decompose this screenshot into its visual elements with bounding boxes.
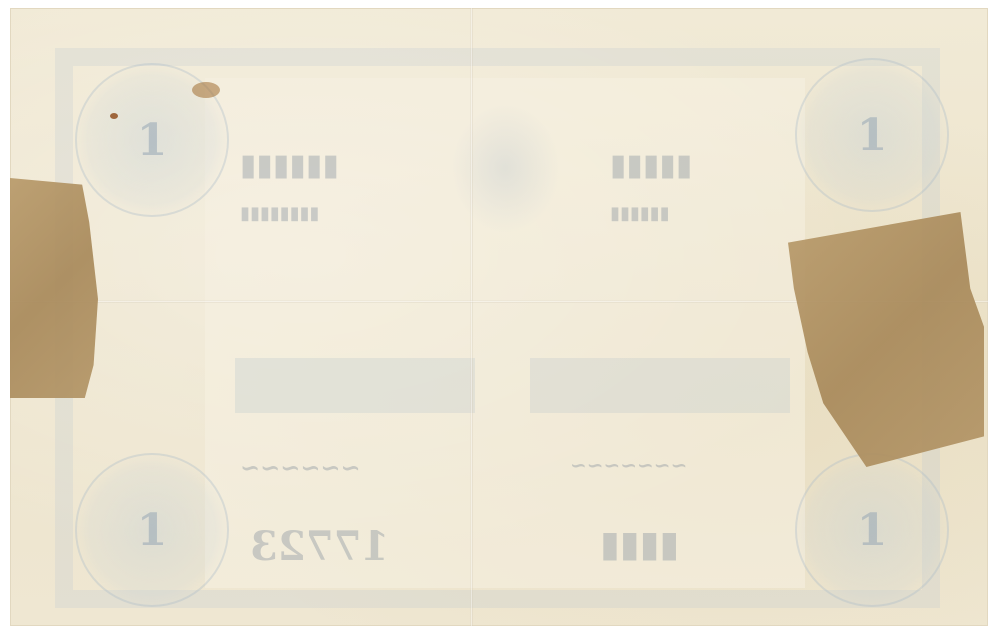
tape-repair-left: [10, 178, 98, 398]
stain-spot: [110, 113, 118, 119]
show-through-banner-right: [530, 358, 790, 413]
corner-rosette-bottom-right: 1: [795, 453, 949, 607]
show-through-subheading-left: ▮▮▮▮▮▮▮▮: [240, 203, 319, 224]
stain-spot: [192, 82, 220, 98]
show-through-heading-left: ▮▮▮▮▮▮: [240, 148, 339, 183]
show-through-series-right: ▮▮▮▮: [600, 523, 679, 565]
show-through-signature-right: ~~~~~~~: [570, 453, 687, 477]
corner-rosette-top-right: 1: [795, 58, 949, 212]
show-through-subheading-right: ▮▮▮▮▮▮: [610, 203, 669, 224]
show-through-heading-right: ▮▮▮▮▮: [610, 148, 693, 183]
serial-number-mirrored: 17723: [250, 523, 389, 570]
emblem-show-through: [450, 103, 560, 233]
show-through-banner-left: [235, 358, 475, 413]
show-through-signature-left: ~~~~~~: [240, 453, 361, 482]
vertical-fold-crease: [470, 8, 473, 626]
corner-rosette-bottom-left: 1: [75, 453, 229, 607]
